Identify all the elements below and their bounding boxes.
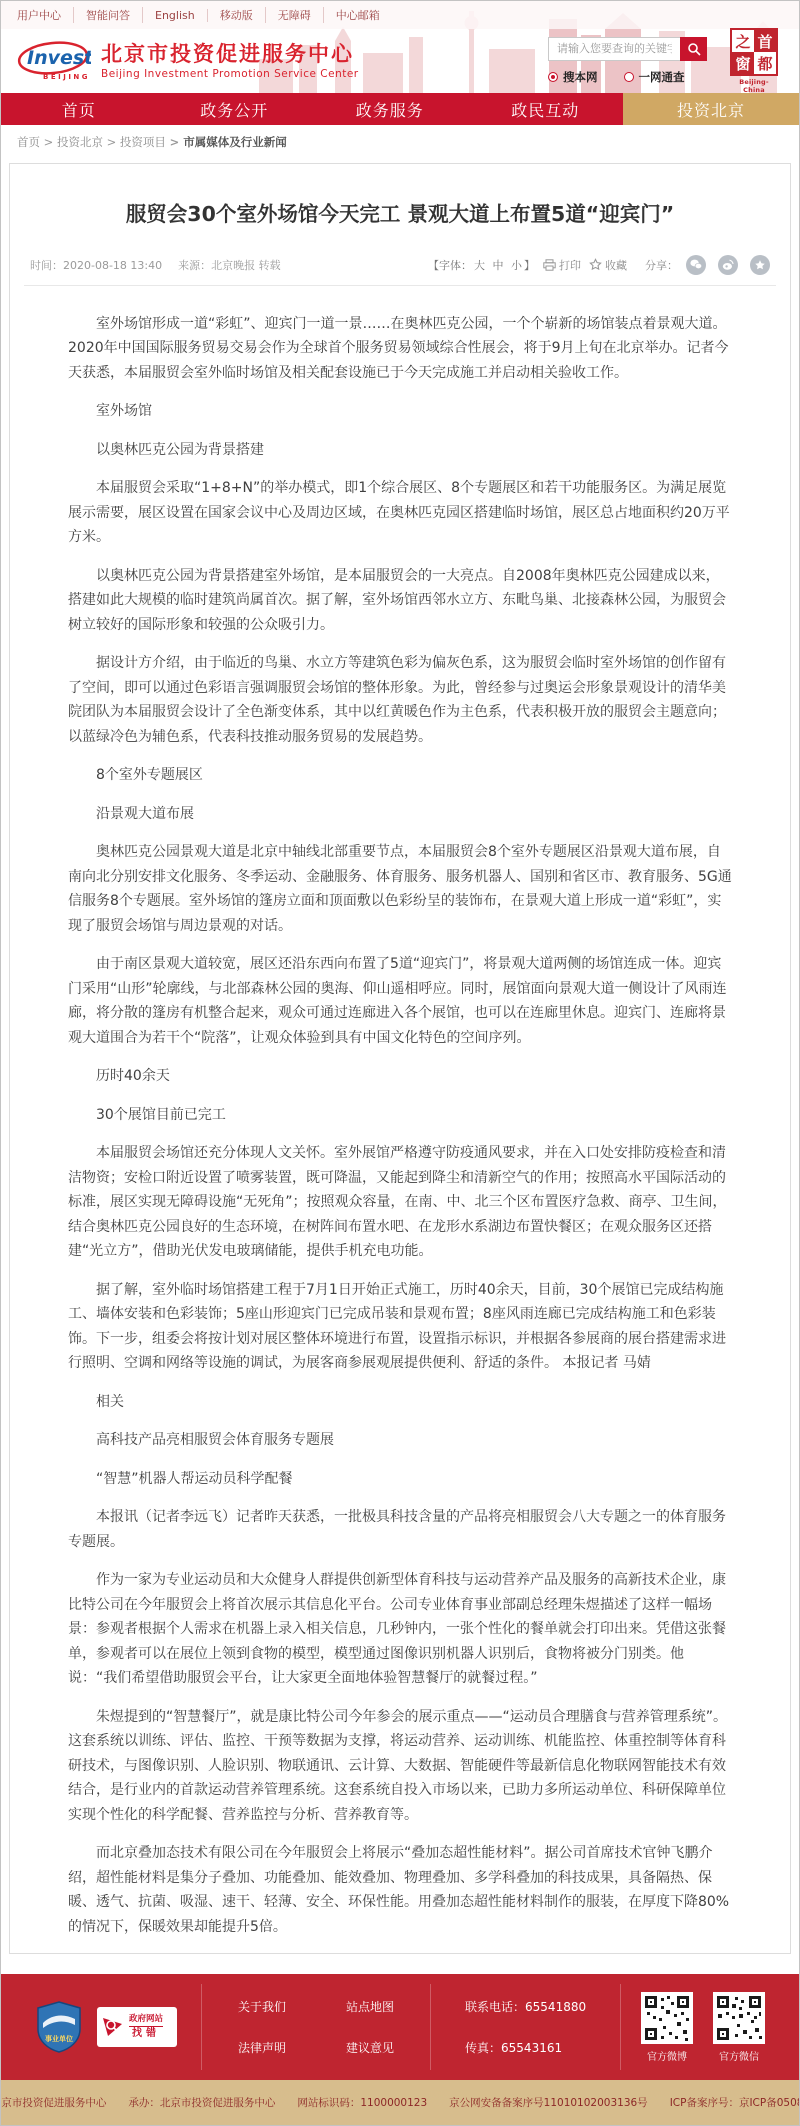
article-title: 服贸会30个室外场馆今天完工 景观大道上布置5道“迎宾门” [70, 200, 730, 229]
topbar-link-mobile[interactable]: 移动版 [208, 7, 266, 23]
topbar-link-mailbox[interactable]: 中心邮箱 [324, 7, 392, 23]
topbar-link-smart-qa[interactable]: 智能问答 [74, 7, 143, 23]
site-names: 北京市投资促进服务中心 Beijing Investment Promotion… [101, 42, 359, 80]
subhead: 相关 [68, 1390, 732, 1415]
paragraph: 作为一家为专业运动员和大众健身人群提供创新型体育科技与运动营养产品及服务的高新技… [68, 1568, 732, 1691]
search-scope-site-radio[interactable]: 搜本网 [548, 69, 598, 85]
print-label: 打印 [559, 257, 581, 273]
gov-site-error-report-badge[interactable]: 政府网站 找错 [97, 2007, 177, 2047]
star-icon [589, 258, 602, 271]
paragraph: 本报讯（记者李远飞）记者昨天获悉，一批极具科技含量的产品将亮相服贸会八大专题之一… [68, 1505, 732, 1554]
weibo-icon [722, 259, 734, 271]
subhead: 高科技产品亮相服贸会体育服务专题展 [68, 1428, 732, 1453]
article-meta-row: 时间：2020-08-18 13:40 来源：北京晚报 转载 【字体：大 中 小… [24, 249, 776, 286]
search-icon [687, 42, 701, 56]
paragraph: 据了解，室外临时场馆搭建工程于7月1日开始正式施工，历时40余天，目前，30个展… [68, 1278, 732, 1376]
paragraph: 而北京叠加态技术有限公司在今年服贸会上将展示“叠加态超性能材料”。据公司首席技术… [68, 1841, 732, 1939]
printer-icon [543, 259, 556, 271]
font-size-group: 【字体：大 中 小】 [428, 257, 535, 273]
footer-fax: 传真：65543161 [465, 2039, 586, 2056]
wechat-qr-code [713, 1992, 765, 2044]
seal-char: 窗 [732, 52, 754, 74]
search-scope-site-label: 搜本网 [563, 69, 598, 85]
page: 用户中心 智能问答 English 移动版 无障碍 中心邮箱 Invest BE… [0, 0, 800, 2126]
topbar-link-user-center[interactable]: 用户中心 [15, 7, 74, 23]
footer-site-id: 网站标识码：1100000123 [297, 2095, 427, 2110]
seal-grid: 之 首 窗 都 [730, 28, 778, 76]
footer-link-legal[interactable]: 法律声明 [238, 2039, 286, 2056]
topbar: 用户中心 智能问答 English 移动版 无障碍 中心邮箱 [1, 1, 799, 29]
public-institution-shield-badge[interactable]: 事业单位 [37, 2001, 81, 2053]
nav-item-home[interactable]: 首页 [1, 93, 157, 125]
search-scope-all-radio[interactable]: 一网通查 [624, 69, 685, 85]
print-button[interactable]: 打印 [543, 257, 581, 273]
font-size-suffix: 】 [524, 259, 535, 272]
site-title-cn: 北京市投资促进服务中心 [101, 42, 359, 66]
checker-title: 政府网站 [129, 2015, 163, 2024]
footer-phone: 联系电话：65541880 [465, 1998, 586, 2015]
article-body: 室外场馆形成一道“彩虹”、迎宾门一道一景……在奥林匹克公园，一个个崭新的场馆装点… [68, 312, 732, 1940]
footer-organizer: 主办：北京市投资促进服务中心 [0, 2095, 106, 2110]
font-size-small-button[interactable]: 小 [509, 259, 524, 272]
paragraph: 据设计方介绍，由于临近的鸟巢、水立方等建筑色彩为偏灰色系，这为服贸会临时室外场馆… [68, 651, 732, 749]
subhead: 8个室外专题展区 [68, 763, 732, 788]
seal-char: 首 [754, 30, 776, 52]
share-favorite-button[interactable] [750, 255, 770, 275]
search-button[interactable] [680, 37, 707, 61]
footer: 事业单位 政府网站 找错 关于我们 站点地图 法律声明 建议意见 联系电话： [1, 1974, 799, 2080]
header: Invest BEIJING 北京市投资促进服务中心 Beijing Inves… [1, 29, 799, 93]
font-size-medium-button[interactable]: 中 [491, 259, 506, 272]
search-input[interactable] [548, 37, 680, 61]
paragraph: 室外场馆形成一道“彩虹”、迎宾门一道一景……在奥林匹克公园，一个个崭新的场馆装点… [68, 312, 732, 386]
footer-contact: 联系电话：65541880 传真：65543161 [431, 1984, 621, 2070]
site-title-en: Beijing Investment Promotion Service Cen… [101, 68, 359, 80]
nav-item-gov-affairs[interactable]: 政务公开 [157, 93, 313, 125]
paragraph: 以奥林匹克公园为背景搭建室外场馆，是本届服贸会的一大亮点。自2008年奥林匹克公… [68, 564, 732, 638]
footer-link-suggestions[interactable]: 建议意见 [346, 2039, 394, 2056]
footer-link-sitemap[interactable]: 站点地图 [346, 1998, 394, 2015]
wechat-qr: 官方微信 [713, 1992, 765, 2063]
favorite-label: 收藏 [605, 257, 627, 273]
subhead: “智慧”机器人帮运动员科学配餐 [68, 1467, 732, 1492]
article-panel: 服贸会30个室外场馆今天完工 景观大道上布置5道“迎宾门” 时间：2020-08… [9, 163, 791, 1954]
breadcrumb-invest-projects[interactable]: 投资项目 [107, 135, 166, 149]
seal-char: 都 [754, 52, 776, 74]
breadcrumb-invest-beijing[interactable]: 投资北京 [44, 135, 103, 149]
site-logo[interactable]: Invest BEIJING 北京市投资促进服务中心 Beijing Inves… [17, 36, 359, 86]
nav-item-gov-services[interactable]: 政务服务 [312, 93, 468, 125]
invest-beijing-logo-mark: Invest BEIJING [17, 36, 91, 86]
paragraph: 朱煜提到的“智慧餐厅”，就是康比特公司今年参会的展示重点——“运动员合理膳食与营… [68, 1705, 732, 1828]
subhead: 沿景观大道布展 [68, 802, 732, 827]
star-share-icon [754, 259, 766, 271]
topbar-link-english[interactable]: English [143, 9, 208, 22]
footer-bottom-bar: 主办：北京市投资促进服务中心 承办：北京市投资促进服务中心 网站标识码：1100… [1, 2080, 799, 2125]
footer-undertaker: 承办：北京市投资促进服务中心 [128, 2095, 275, 2110]
article-time: 时间：2020-08-18 13:40 [30, 257, 162, 273]
subhead: 以奥林匹克公园为背景搭建 [68, 438, 732, 463]
article-source: 来源：北京晚报 转载 [178, 257, 281, 273]
subhead: 室外场馆 [68, 399, 732, 424]
breadcrumb-current: 市属媒体及行业新闻 [170, 135, 287, 149]
favorite-button[interactable]: 收藏 [589, 257, 627, 273]
footer-links: 关于我们 站点地图 法律声明 建议意见 [201, 1984, 431, 2070]
radio-unselected-icon [624, 72, 634, 82]
footer-link-about[interactable]: 关于我们 [238, 1998, 286, 2015]
nav-item-invest-beijing-active[interactable]: 投资北京 [623, 93, 799, 125]
seal-caption: Beijing-China [729, 78, 779, 94]
subhead: 30个展馆目前已完工 [68, 1103, 732, 1128]
share-weibo-button[interactable] [718, 255, 738, 275]
wechat-icon [690, 259, 702, 270]
paragraph: 奥林匹克公园景观大道是北京中轴线北部重要节点，本届服贸会8个室外专题展区沿景观大… [68, 840, 732, 938]
breadcrumb-home[interactable]: 首页 [17, 135, 40, 149]
search-scope-all-label: 一网通查 [639, 69, 685, 85]
search-block: 搜本网 一网通查 [548, 37, 707, 85]
topbar-link-accessibility[interactable]: 无障碍 [266, 7, 324, 23]
svg-text:Invest: Invest [27, 47, 91, 69]
font-size-prefix: 【字体： [428, 259, 472, 272]
weibo-qr: 官方微博 [641, 1992, 693, 2063]
svg-text:BEIJING: BEIJING [43, 73, 90, 81]
seal-char: 之 [732, 30, 754, 52]
wechat-qr-label: 官方微信 [713, 2048, 765, 2063]
paragraph: 由于南区景观大道较宽，展区还沿东西向布置了5道“迎宾门”，将景观大道两侧的场馆连… [68, 952, 732, 1050]
svg-text:事业单位: 事业单位 [45, 2034, 73, 2043]
footer-police-record: 京公网安备备案序号11010102003136号 [449, 2095, 648, 2110]
error-finder-icon [102, 2016, 124, 2038]
paragraph: 本届服贸会采取“1+8+N”的举办模式，即1个综合展区、8个专题展区和若干功能服… [68, 476, 732, 550]
breadcrumb: 首页 投资北京 投资项目 市属媒体及行业新闻 [1, 125, 799, 157]
checker-sub: 找错 [129, 2026, 163, 2039]
subhead: 历时40余天 [68, 1064, 732, 1089]
paragraph: 本届服贸会场馆还充分体现人文关怀。室外展馆严格遵守防疫通风要求，并在入口处安排防… [68, 1141, 732, 1264]
nav-item-interaction[interactable]: 政民互动 [468, 93, 624, 125]
footer-badges: 事业单位 政府网站 找错 [1, 2001, 201, 2053]
main-nav: 首页 政务公开 政务服务 政民互动 投资北京 [1, 93, 799, 125]
share-label: 分享： [645, 257, 678, 273]
radio-selected-icon [548, 72, 558, 82]
capital-window-seal[interactable]: 之 首 窗 都 Beijing-China [729, 28, 779, 94]
share-wechat-button[interactable] [686, 255, 706, 275]
font-size-large-button[interactable]: 大 [472, 259, 487, 272]
weibo-qr-label: 官方微博 [641, 2048, 693, 2063]
footer-qr-codes: 官方微博 官方微信 [641, 1992, 799, 2063]
weibo-qr-code [641, 1992, 693, 2044]
footer-icp-record: ICP备案序号：京ICP备05085449号 [670, 2095, 800, 2110]
